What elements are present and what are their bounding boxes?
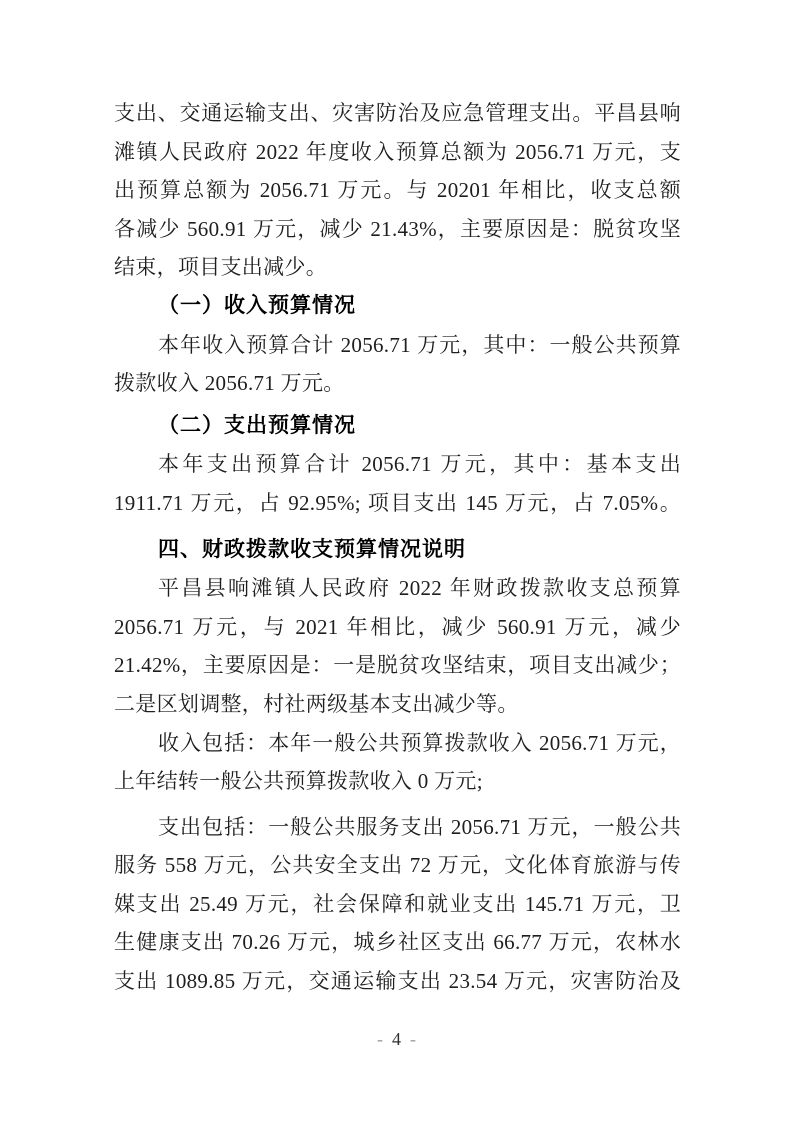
text-line: 二是区划调整，村社两级基本支出减少等。	[114, 685, 681, 724]
text-line: 本年支出预算合计 2056.71 万元，其中：基本支出	[114, 445, 681, 484]
text-line: 21.42%，主要原因是：一是脱贫攻坚结束，项目支出减少；	[114, 646, 681, 685]
text-line: 本年收入预算合计 2056.71 万元，其中：一般公共预算	[114, 326, 681, 365]
paragraph: 支出、交通运输支出、灾害防治及应急管理支出。平昌县响 滩镇人民政府 2022 年…	[114, 94, 681, 287]
page-number: 4	[392, 1029, 401, 1049]
section-heading-fiscal-appropriation: 四、财政拨款收支预算情况说明	[114, 531, 681, 570]
document-page: 支出、交通运输支出、灾害防治及应急管理支出。平昌县响 滩镇人民政府 2022 年…	[0, 0, 793, 1122]
page-footer: -4-	[0, 1026, 793, 1052]
text-line: 滩镇人民政府 2022 年度收入预算总额为 2056.71 万元，支	[114, 133, 681, 172]
text-line: 服务 558 万元，公共安全支出 72 万元，文化体育旅游与传	[114, 846, 681, 885]
text-line: 1911.71 万元，占 92.95%; 项目支出 145 万元，占 7.05%…	[114, 484, 681, 523]
paragraph: 支出包括：一般公共服务支出 2056.71 万元，一般公共 服务 558 万元，…	[114, 808, 681, 1001]
text-line: 拨款收入 2056.71 万元。	[114, 364, 681, 403]
paragraph: 收入包括：本年一般公共预算拨款收入 2056.71 万元， 上年结转一般公共预算…	[114, 724, 681, 801]
text-line: 结束，项目支出减少。	[114, 248, 681, 287]
text-line: 生健康支出 70.26 万元，城乡社区支出 66.77 万元，农林水	[114, 923, 681, 962]
footer-right-dash: -	[401, 1029, 425, 1049]
section-heading-income-budget: （一）收入预算情况	[114, 287, 681, 326]
text-line: 出预算总额为 2056.71 万元。与 20201 年相比，收支总额	[114, 171, 681, 210]
section-heading-expenditure-budget: （二）支出预算情况	[114, 407, 681, 446]
text-line: 上年结转一般公共预算拨款收入 0 万元;	[114, 762, 681, 801]
footer-left-dash: -	[368, 1029, 392, 1049]
text-line: 支出、交通运输支出、灾害防治及应急管理支出。平昌县响	[114, 94, 681, 133]
document-body: 支出、交通运输支出、灾害防治及应急管理支出。平昌县响 滩镇人民政府 2022 年…	[114, 94, 681, 1001]
text-line: 收入包括：本年一般公共预算拨款收入 2056.71 万元，	[114, 724, 681, 763]
paragraph: 平昌县响滩镇人民政府 2022 年财政拨款收支总预算 2056.71 万元，与 …	[114, 569, 681, 723]
text-line: 支出包括：一般公共服务支出 2056.71 万元，一般公共	[114, 808, 681, 847]
text-line: 媒支出 25.49 万元，社会保障和就业支出 145.71 万元，卫	[114, 885, 681, 924]
paragraph: 本年收入预算合计 2056.71 万元，其中：一般公共预算 拨款收入 2056.…	[114, 326, 681, 403]
text-line: 各减少 560.91 万元，减少 21.43%，主要原因是：脱贫攻坚	[114, 210, 681, 249]
text-line: 支出 1089.85 万元，交通运输支出 23.54 万元，灾害防治及	[114, 962, 681, 1001]
text-line: 平昌县响滩镇人民政府 2022 年财政拨款收支总预算	[114, 569, 681, 608]
paragraph: 本年支出预算合计 2056.71 万元，其中：基本支出 1911.71 万元，占…	[114, 445, 681, 522]
text-line: 2056.71 万元，与 2021 年相比，减少 560.91 万元，减少	[114, 608, 681, 647]
